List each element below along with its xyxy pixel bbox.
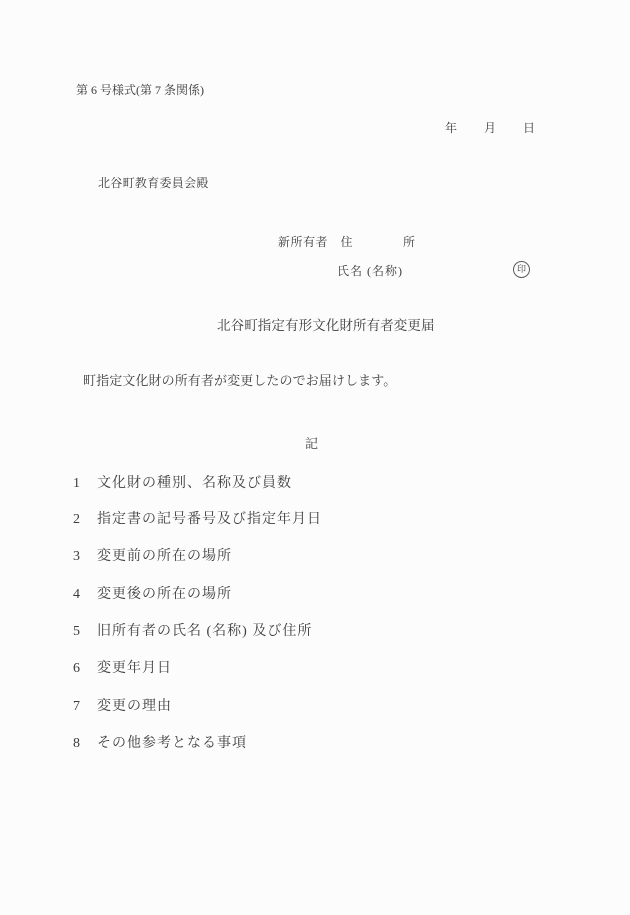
document-page: 第 6 号様式(第 7 条関係) 年 月 日 北谷町教育委員会殿 新所有者 住 …: [0, 0, 630, 915]
list-item-number: 4: [73, 588, 97, 602]
list-item-number: 2: [73, 513, 97, 527]
list-item-number: 8: [73, 737, 97, 751]
list-item: 1文化財の種別、名称及び員数: [73, 477, 292, 491]
list-item: 4変更後の所在の場所: [73, 588, 232, 602]
list-item-text: 変更前の所在の場所: [97, 549, 232, 564]
form-number: 第 6 号様式(第 7 条関係): [76, 84, 204, 96]
list-item: 6変更年月日: [73, 662, 172, 676]
list-item-number: 1: [73, 477, 97, 491]
list-item: 7変更の理由: [73, 700, 172, 714]
list-item: 3変更前の所在の場所: [73, 550, 232, 564]
list-item-text: 変更後の所在の場所: [97, 587, 232, 602]
body-sentence: 町指定文化財の所有者が変更したのでお届けします。: [83, 374, 396, 387]
list-item-text: その他参考となる事項: [97, 736, 247, 751]
list-item-text: 文化財の種別、名称及び員数: [97, 476, 292, 491]
list-item: 8その他参考となる事項: [73, 737, 247, 751]
list-item-number: 3: [73, 550, 97, 564]
list-item-text: 指定書の記号番号及び指定年月日: [97, 512, 322, 527]
list-item-number: 5: [73, 625, 97, 639]
list-item-number: 6: [73, 662, 97, 676]
list-heading: 記: [305, 437, 318, 450]
document-title: 北谷町指定有形文化財所有者変更届: [217, 319, 435, 333]
list-item-text: 変更年月日: [97, 661, 172, 676]
seal-mark-icon: 印: [513, 261, 530, 278]
list-item: 2指定書の記号番号及び指定年月日: [73, 513, 322, 527]
date-line: 年 月 日: [445, 122, 536, 134]
owner-name-label: 氏名 (名称): [337, 265, 403, 277]
list-item: 5旧所有者の氏名 (名称) 及び住所: [73, 625, 312, 639]
addressee: 北谷町教育委員会殿: [98, 177, 209, 189]
list-item-text: 変更の理由: [97, 699, 172, 714]
new-owner-address-line: 新所有者 住 所: [278, 236, 416, 248]
list-item-number: 7: [73, 700, 97, 714]
list-item-text: 旧所有者の氏名 (名称) 及び住所: [97, 624, 312, 639]
